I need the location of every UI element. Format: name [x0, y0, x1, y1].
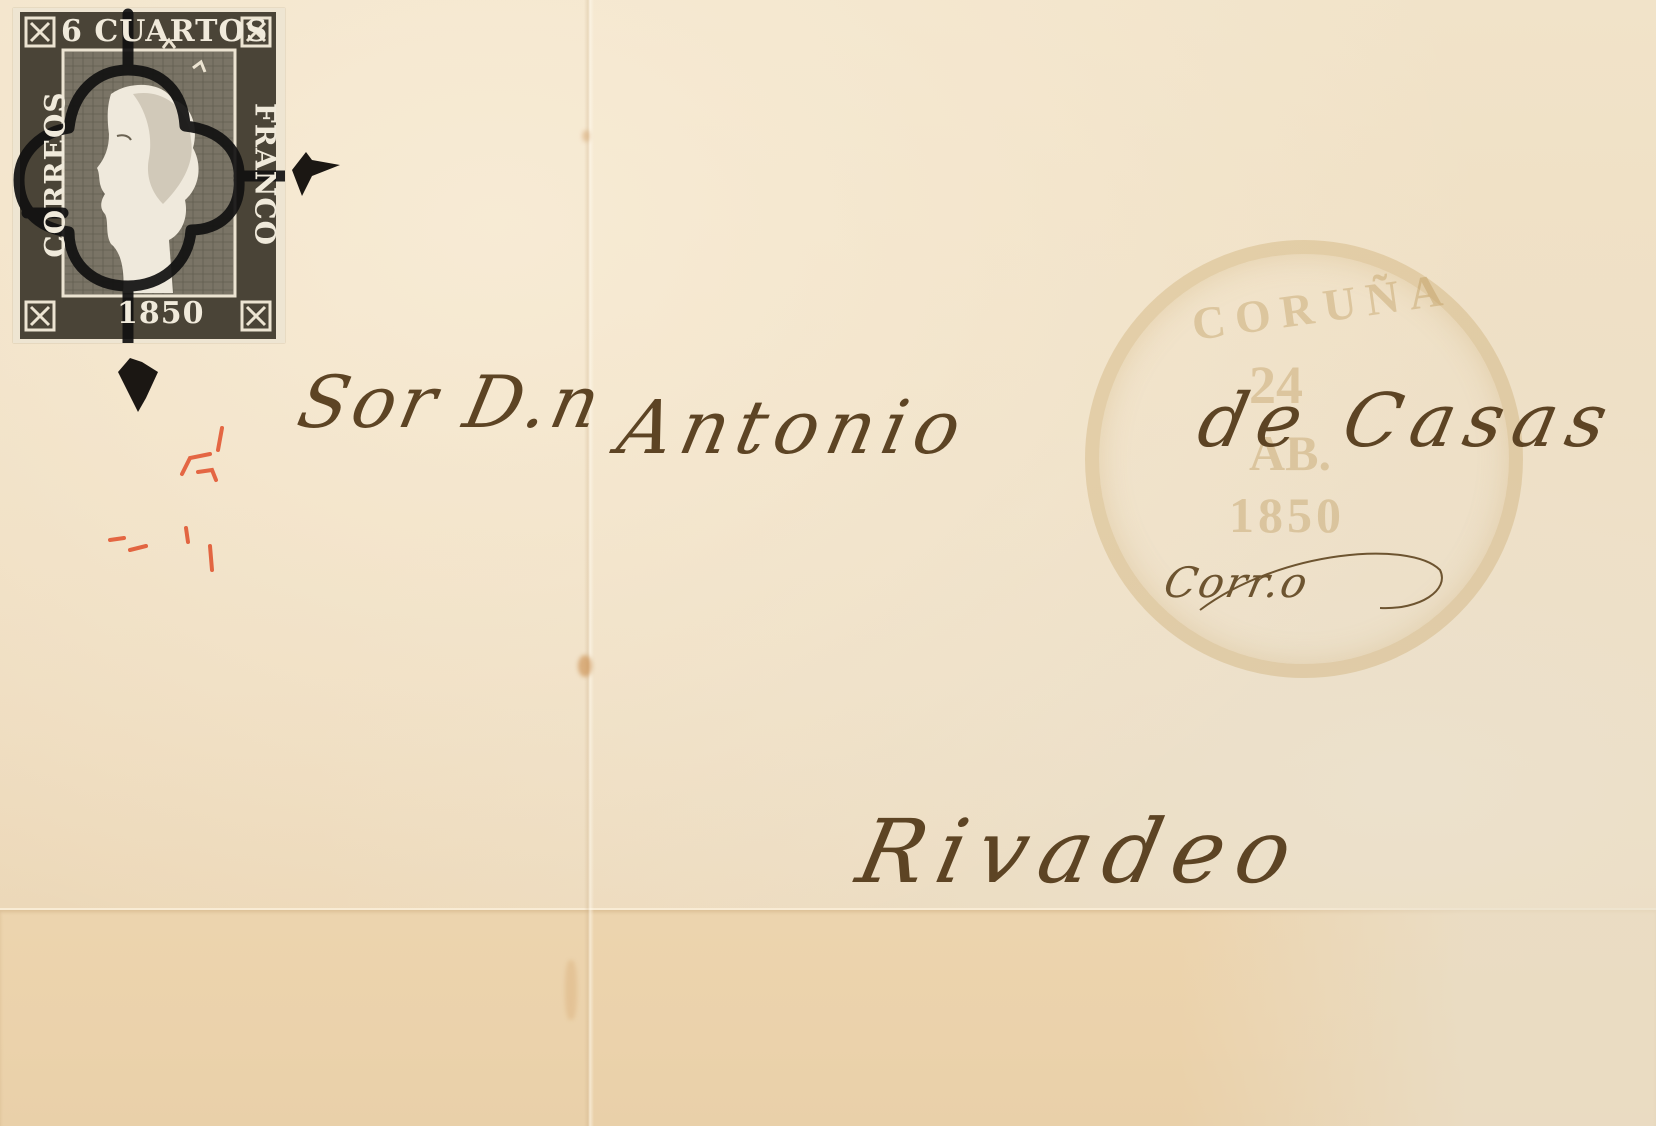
address-surname: de Casas [1191, 378, 1625, 464]
address-name: Antonio [611, 385, 977, 471]
foxing-stain [565, 960, 577, 1020]
bottom-flap-shading [1180, 908, 1656, 1126]
cancel-arrow-tips [0, 0, 360, 430]
foxing-stain [582, 130, 590, 142]
arrow-down-icon [118, 358, 158, 412]
pen-flourish [1160, 530, 1460, 620]
postmark-town: CORUÑA [1189, 262, 1456, 351]
address-salutation: Sor D.n [291, 360, 611, 444]
foxing-stain [578, 655, 592, 677]
postal-cover: 6 CUARTOS 1850 CORREOS FRANCO CORUÑA 24 … [0, 0, 1656, 1126]
vertical-fold-line [584, 0, 594, 1126]
arrow-right-icon [292, 152, 340, 196]
address-city: Rivadeo [849, 800, 1313, 903]
red-rating-mark [80, 410, 260, 580]
